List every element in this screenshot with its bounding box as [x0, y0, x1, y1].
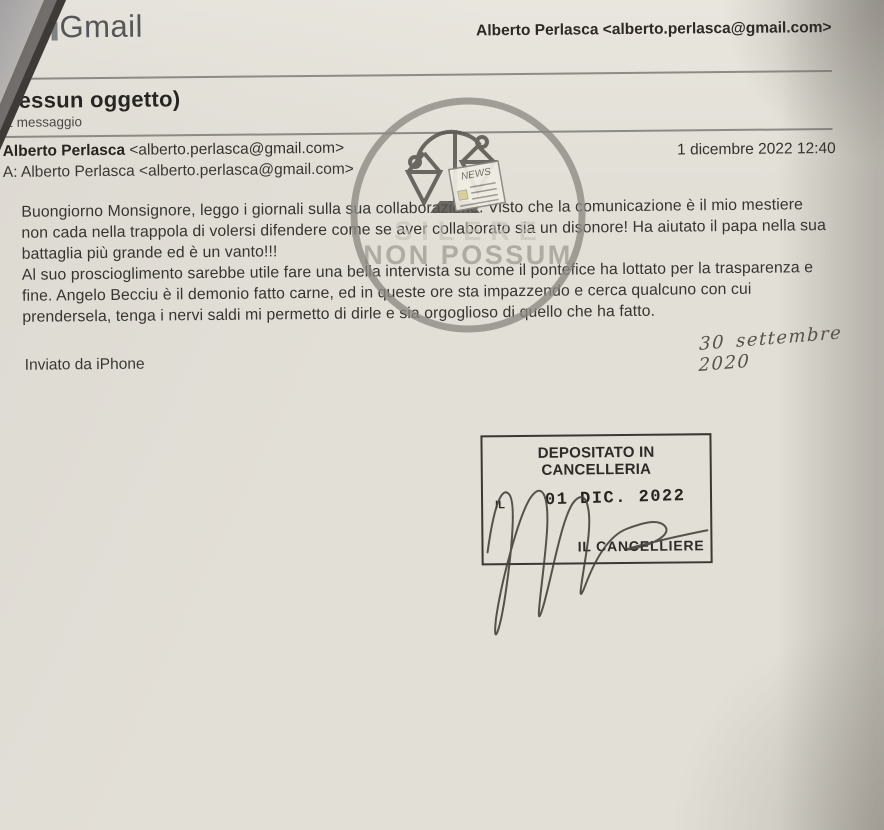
- body-line: prendersela, tenga i nervi saldi mi perm…: [22, 303, 655, 327]
- signature-scribble: [459, 457, 741, 660]
- from-email: <alberto.perlasca@gmail.com>: [129, 140, 344, 159]
- message-date: 1 dicembre 2022 12:40: [677, 140, 836, 160]
- account-header: Alberto Perlasca <alberto.perlasca@gmail…: [476, 19, 832, 40]
- body-line: non cada nella trappola di volersi difen…: [21, 217, 826, 243]
- sent-from-line: Inviato da iPhone: [25, 356, 145, 375]
- photographed-document: Gmail Alberto Perlasca <alberto.perlasca…: [0, 0, 884, 830]
- body-line: battaglia più grande ed è un vanto!!!: [22, 243, 278, 263]
- handwritten-date: 30 settembre 2020: [698, 319, 884, 376]
- page-corner-fold: [0, 0, 140, 170]
